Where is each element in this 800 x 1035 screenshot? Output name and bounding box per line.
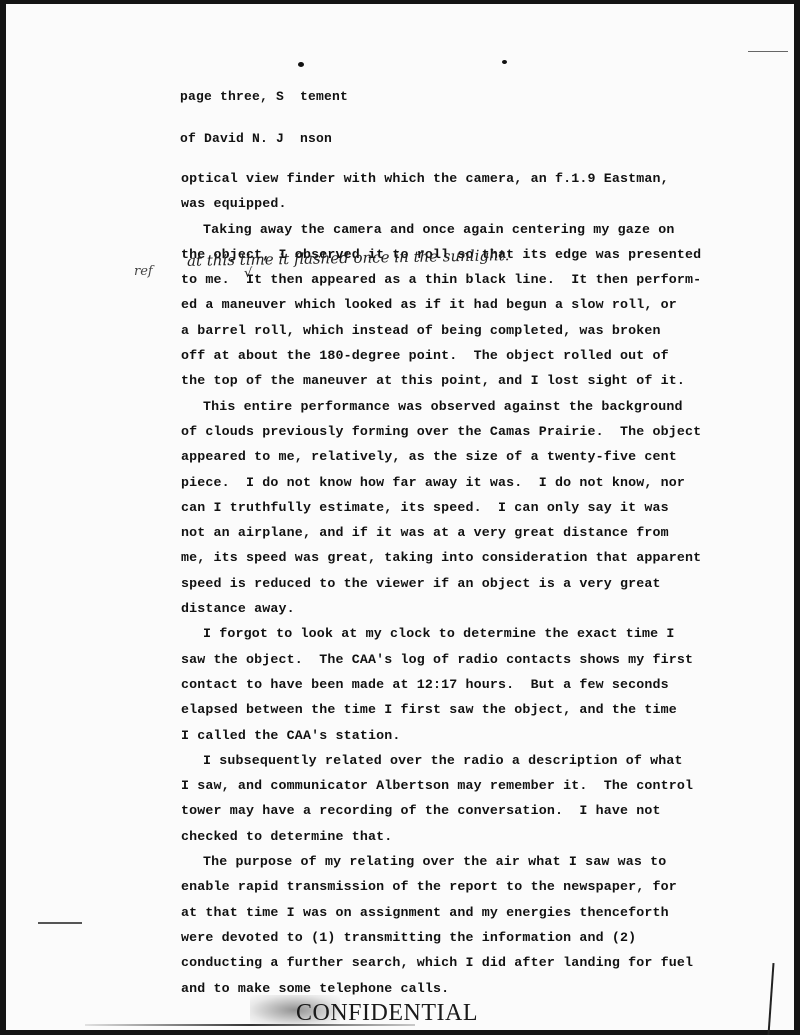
text-line: I saw, and communicator Albertson may re… (181, 773, 701, 798)
margin-annotation: ref (134, 264, 153, 279)
confidential-stamp: CONFIDENTIAL (296, 1000, 478, 1027)
text-line: were devoted to (1) transmitting the inf… (181, 925, 701, 950)
text-line: can I truthfully estimate, its speed. I … (181, 495, 701, 520)
statement-body: optical view finder with which the camer… (181, 166, 701, 1001)
paragraph-start-line: The purpose of my relating over the air … (181, 849, 701, 874)
text-line: of clouds previously forming over the Ca… (181, 419, 701, 444)
text-line: enable rapid transmission of the report … (181, 874, 701, 899)
paragraph-start-line: This entire performance was observed aga… (181, 394, 701, 419)
text-line: to me. It then appeared as a thin black … (181, 267, 701, 292)
text-line: ed a maneuver which looked as if it had … (181, 292, 701, 317)
text-line: tower may have a recording of the conver… (181, 798, 701, 823)
text-line: conducting a further search, which I did… (181, 950, 701, 975)
text-line: was equipped. (181, 191, 701, 216)
paragraph-start-line: Taking away the camera and once again ce… (181, 217, 701, 242)
header-line-1: page three, S tement (180, 90, 348, 104)
insertion-caret-icon: √ (244, 266, 252, 281)
text-line: optical view finder with which the camer… (181, 166, 701, 191)
ink-speck (502, 60, 507, 64)
text-line: distance away. (181, 596, 701, 621)
margin-dash (748, 51, 788, 52)
text-line: saw the object. The CAA's log of radio c… (181, 647, 701, 672)
margin-dash (38, 922, 82, 924)
paragraph-start-line: I subsequently related over the radio a … (181, 748, 701, 773)
text-line: speed is reduced to the viewer if an obj… (181, 571, 701, 596)
text-line: a barrel roll, which instead of being co… (181, 318, 701, 343)
stamp-underline (85, 1024, 415, 1026)
page-header: page three, S tement of David N. J nson (180, 62, 348, 160)
text-line: checked to determine that. (181, 824, 701, 849)
text-line: off at about the 180-degree point. The o… (181, 343, 701, 368)
scan-border-right (794, 0, 800, 1035)
text-line: me, its speed was great, taking into con… (181, 545, 701, 570)
header-line-2: of David N. J nson (180, 132, 348, 146)
scan-border-bottom (0, 1030, 800, 1035)
text-line: I called the CAA's station. (181, 723, 701, 748)
text-line: the top of the maneuver at this point, a… (181, 368, 701, 393)
paragraph-start-line: I forgot to look at my clock to determin… (181, 621, 701, 646)
text-line: at that time I was on assignment and my … (181, 900, 701, 925)
text-line: elapsed between the time I first saw the… (181, 697, 701, 722)
text-line: contact to have been made at 12:17 hours… (181, 672, 701, 697)
text-line: piece. I do not know how far away it was… (181, 470, 701, 495)
text-line: not an airplane, and if it was at a very… (181, 520, 701, 545)
text-line: appeared to me, relatively, as the size … (181, 444, 701, 469)
